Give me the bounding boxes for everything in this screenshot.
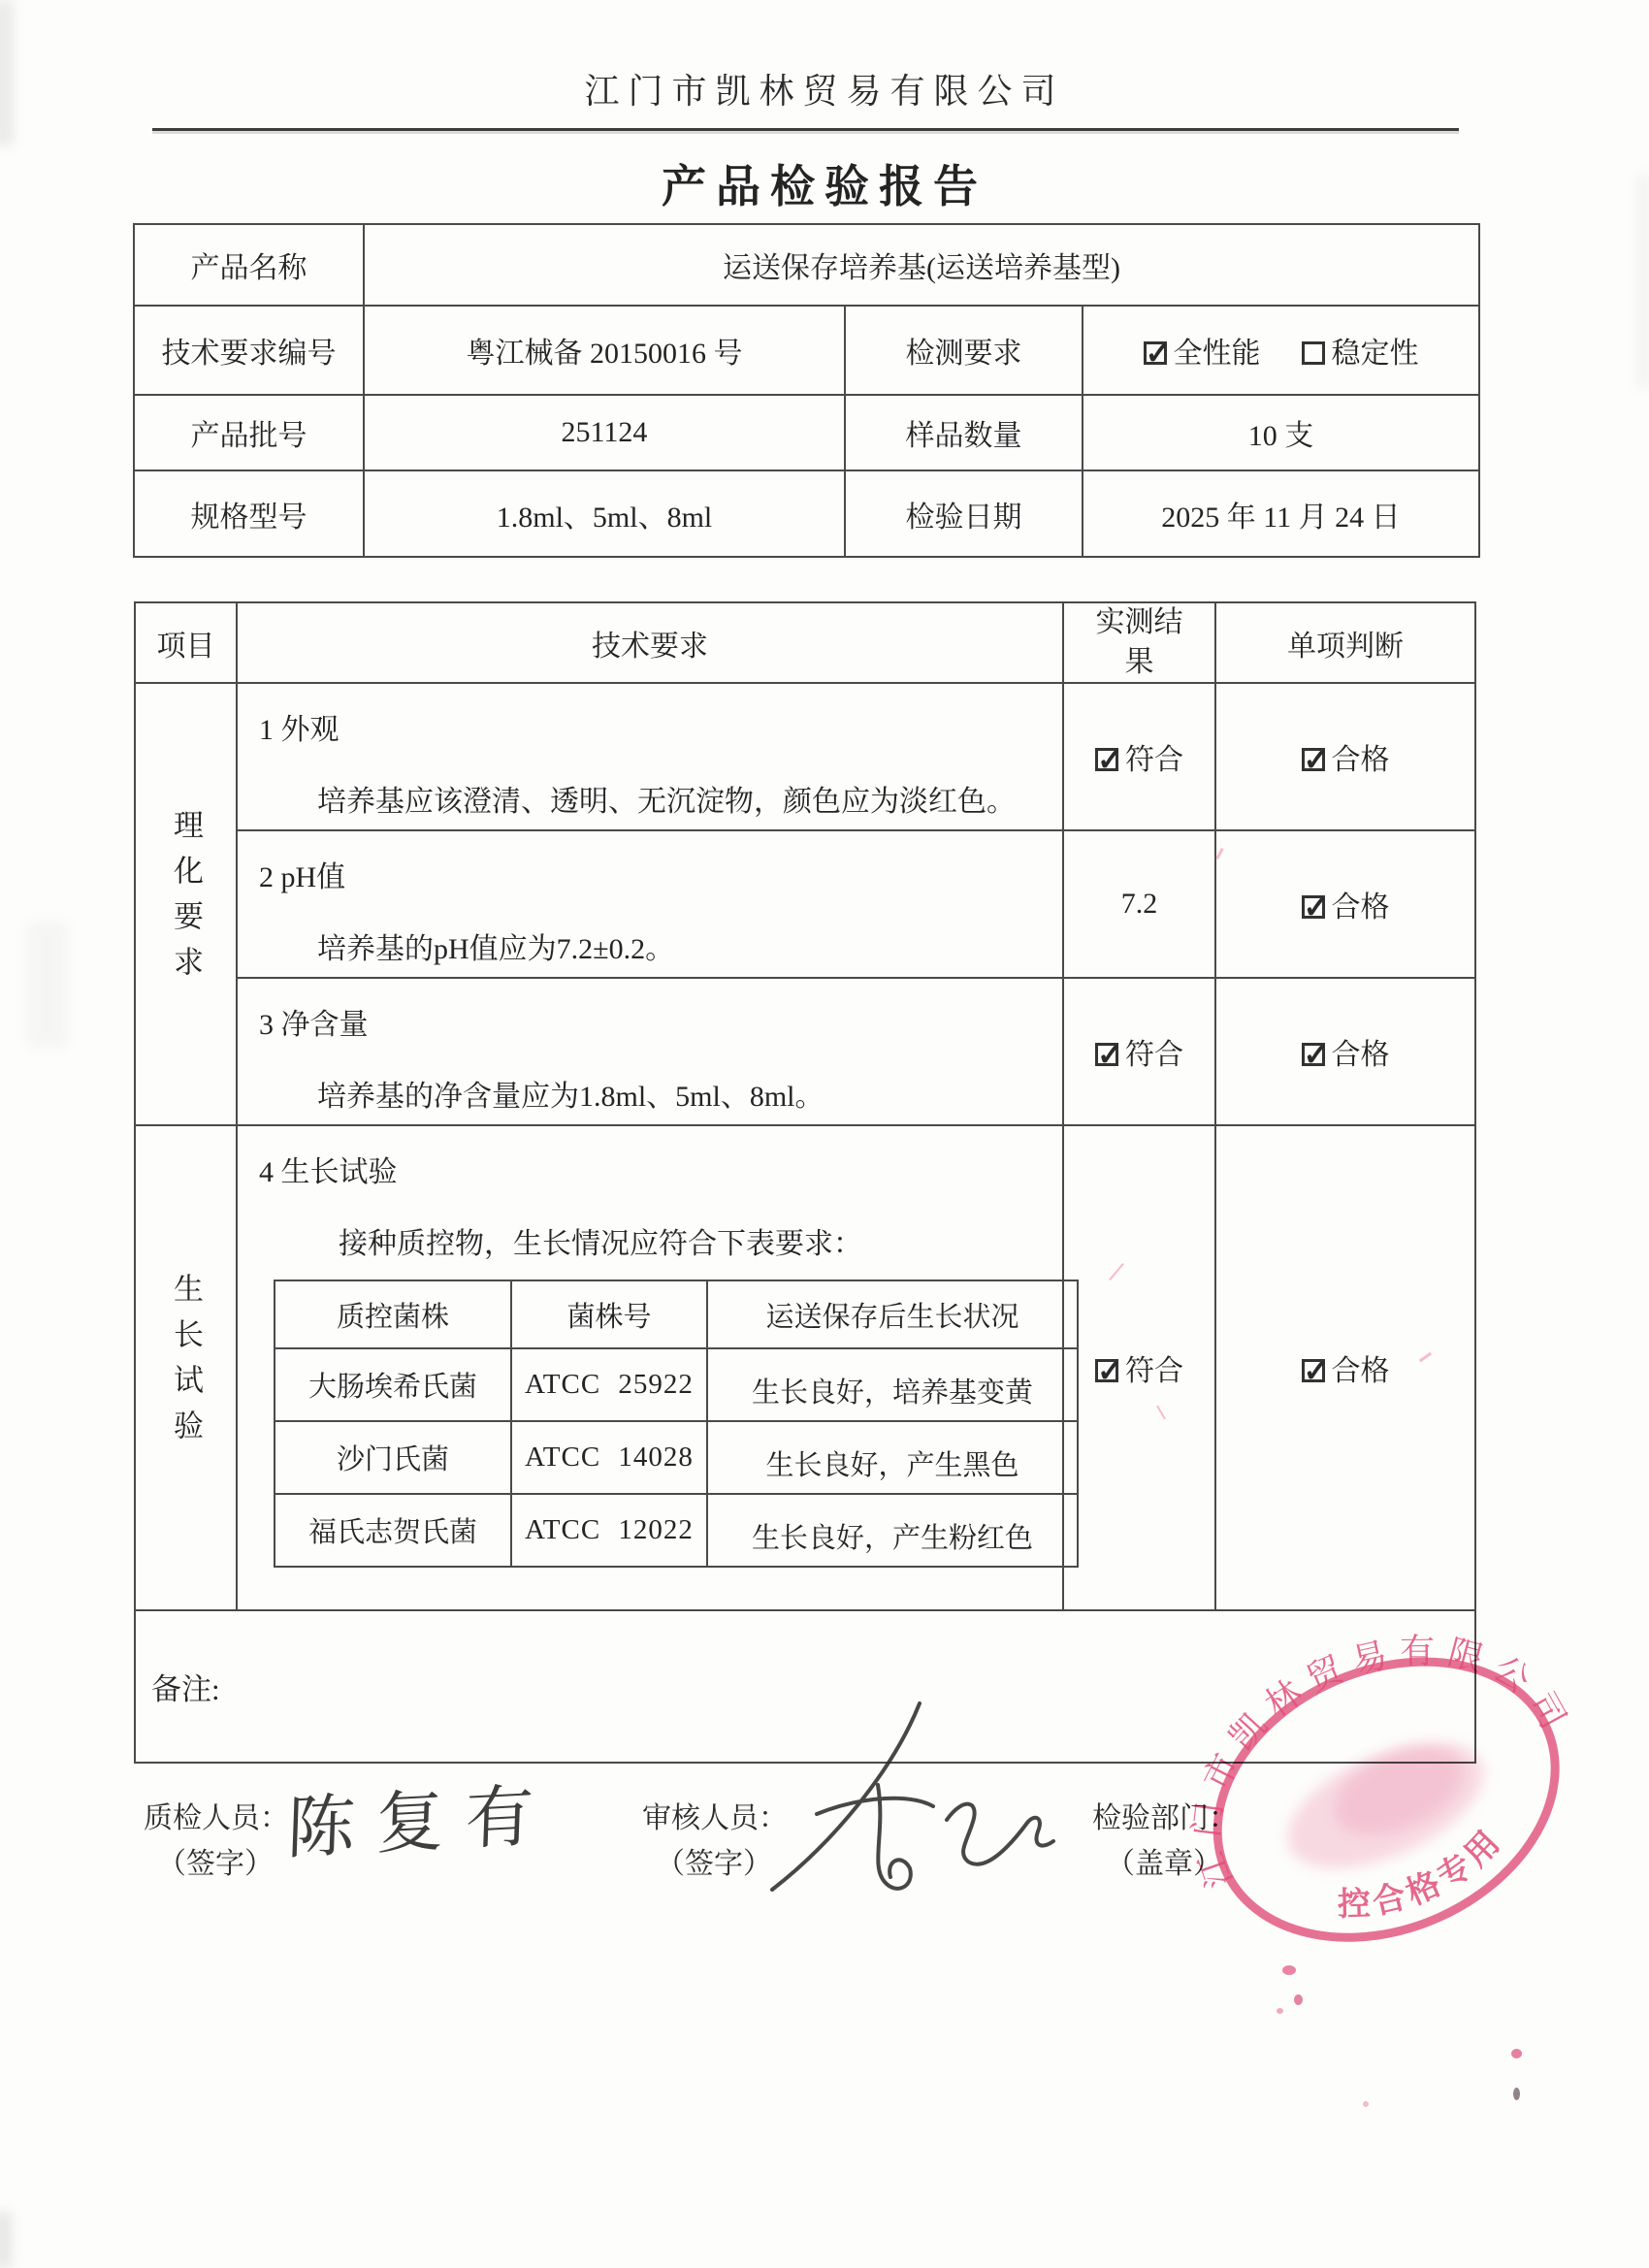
strain-row: 大肠埃希氏菌 ATCC 25922 生长良好，培养基变黄 [275,1348,1078,1421]
checkbox-checked-icon [1302,1359,1325,1382]
tech-req-no-label: 技术要求编号 [134,306,364,395]
ink-speck [1294,1994,1303,2005]
result-net-content: 符合 [1063,978,1215,1125]
judgement-net-content: 合格 [1215,978,1475,1125]
requirement-growth: 4 生长试验 接种质控物，生长情况应符合下表要求： 质控菌株 菌株号 运送保存后… [237,1125,1063,1610]
results-header-row: 项目 技术要求 实测结果 单项判断 [135,602,1475,683]
option-stability: 稳定性 [1302,338,1419,370]
scan-smudge [1637,175,1649,388]
ink-speck [1282,1965,1296,1975]
growth-strain-table: 质控菌株 菌株号 运送保存后生长状况 大肠埃希氏菌 ATCC 25922 生长良… [274,1280,1079,1568]
test-date-label: 检验日期 [845,470,1083,557]
table-row: 产品名称 运送保存培养基(运送培养基型) [134,224,1479,306]
result-ph: 7.2 [1063,830,1215,978]
batch-label: 产品批号 [134,395,364,470]
batch-value: 251124 [364,395,845,470]
scan-smudge [27,922,68,1048]
test-date-value: 2025 年 11 月 24 日 [1083,470,1479,557]
requirement-appearance: 1 外观 培养基应该澄清、透明、无沉淀物，颜色应为淡红色。 [237,683,1063,830]
checkbox-checked-icon [1095,748,1118,771]
row-ph: 2 pH值 培养基的pH值应为7.2±0.2。 7.2 合格 [135,830,1475,978]
judgement-growth: 合格 [1215,1125,1475,1610]
product-name-value: 运送保存培养基(运送培养基型) [364,224,1479,306]
col-growth-status: 运送保存后生长状况 [707,1280,1078,1348]
requirement-ph: 2 pH值 培养基的pH值应为7.2±0.2。 [237,830,1063,978]
product-info-table: 产品名称 运送保存培养基(运送培养基型) 技术要求编号 粤江械备 2015001… [133,223,1480,558]
col-strain: 质控菌株 [275,1280,511,1348]
scan-smudge [0,2212,12,2268]
checkbox-checked-icon [1095,1043,1118,1066]
qc-signer-label: 质检人员： （签字） [144,1797,289,1887]
col-judgement: 单项判断 [1215,602,1475,683]
spec-label: 规格型号 [134,470,364,557]
product-name-label: 产品名称 [134,224,364,306]
test-req-options: 全性能稳定性 [1083,306,1479,395]
checkbox-checked-icon [1302,895,1325,919]
table-row: 规格型号 1.8ml、5ml、8ml 检验日期 2025 年 11 月 24 日 [134,470,1479,557]
requirement-net-content: 3 净含量 培养基的净含量应为1.8ml、5ml、8ml。 [237,978,1063,1125]
row-growth-test: 生长试验 4 生长试验 接种质控物，生长情况应符合下表要求： 质控菌株 菌株号 … [135,1125,1475,1610]
reviewer-signature [747,1696,1067,1919]
spec-value: 1.8ml、5ml、8ml [364,470,845,557]
judgement-ph: 合格 [1215,830,1475,978]
checkbox-checked-icon [1095,1359,1118,1382]
ink-speck [1277,2008,1283,2014]
scan-smudge [0,0,14,146]
col-strain-number: 菌株号 [511,1280,707,1348]
group-growth: 生长试验 [135,1125,237,1610]
page-title: 产品检验报告 [0,151,1649,215]
growth-header-row: 质控菌株 菌株号 运送保存后生长状况 [275,1280,1078,1348]
company-name: 江门市凯林贸易有限公司 [0,64,1649,113]
scanned-report-page: 江门市凯林贸易有限公司 产品检验报告 产品名称 运送保存培养基(运送培养基型) … [0,0,1649,2268]
judgement-appearance: 合格 [1215,683,1475,830]
sample-qty-value: 10 支 [1083,395,1479,470]
tech-req-no-value: 粤江械备 20150016 号 [364,306,845,395]
test-req-label: 检测要求 [845,306,1083,395]
checkbox-checked-icon [1302,1043,1325,1066]
result-growth: 符合 [1063,1125,1215,1610]
checkbox-empty-icon [1302,341,1325,365]
sample-qty-label: 样品数量 [845,395,1083,470]
result-appearance: 符合 [1063,683,1215,830]
ink-speck [1511,2049,1522,2058]
checkbox-checked-icon [1302,748,1325,771]
col-requirement: 技术要求 [237,602,1063,683]
table-row: 技术要求编号 粤江械备 20150016 号 检测要求 全性能稳定性 [134,306,1479,395]
checkbox-checked-icon [1144,341,1167,365]
strain-row: 沙门氏菌 ATCC 14028 生长良好，产生黑色 [275,1421,1078,1494]
row-net-content: 3 净含量 培养基的净含量应为1.8ml、5ml、8ml。 符合 合格 [135,978,1475,1125]
ink-speck [1513,2088,1520,2100]
col-item: 项目 [135,602,237,683]
strain-row: 福氏志贺氏菌 ATCC 12022 生长良好，产生粉红色 [275,1494,1078,1567]
group-physchem: 理化要求 [135,683,237,1125]
col-result: 实测结果 [1063,602,1215,683]
option-full-performance: 全性能 [1144,338,1261,370]
table-row: 产品批号 251124 样品数量 10 支 [134,395,1479,470]
ink-speck [1363,2101,1369,2107]
header-divider [152,128,1459,131]
results-table: 项目 技术要求 实测结果 单项判断 理化要求 1 外观 培养基应该澄清、透明、无… [134,601,1476,1764]
row-appearance: 理化要求 1 外观 培养基应该澄清、透明、无沉淀物，颜色应为淡红色。 符合 合格 [135,683,1475,830]
qc-signature: 陈复有 [285,1761,556,1873]
